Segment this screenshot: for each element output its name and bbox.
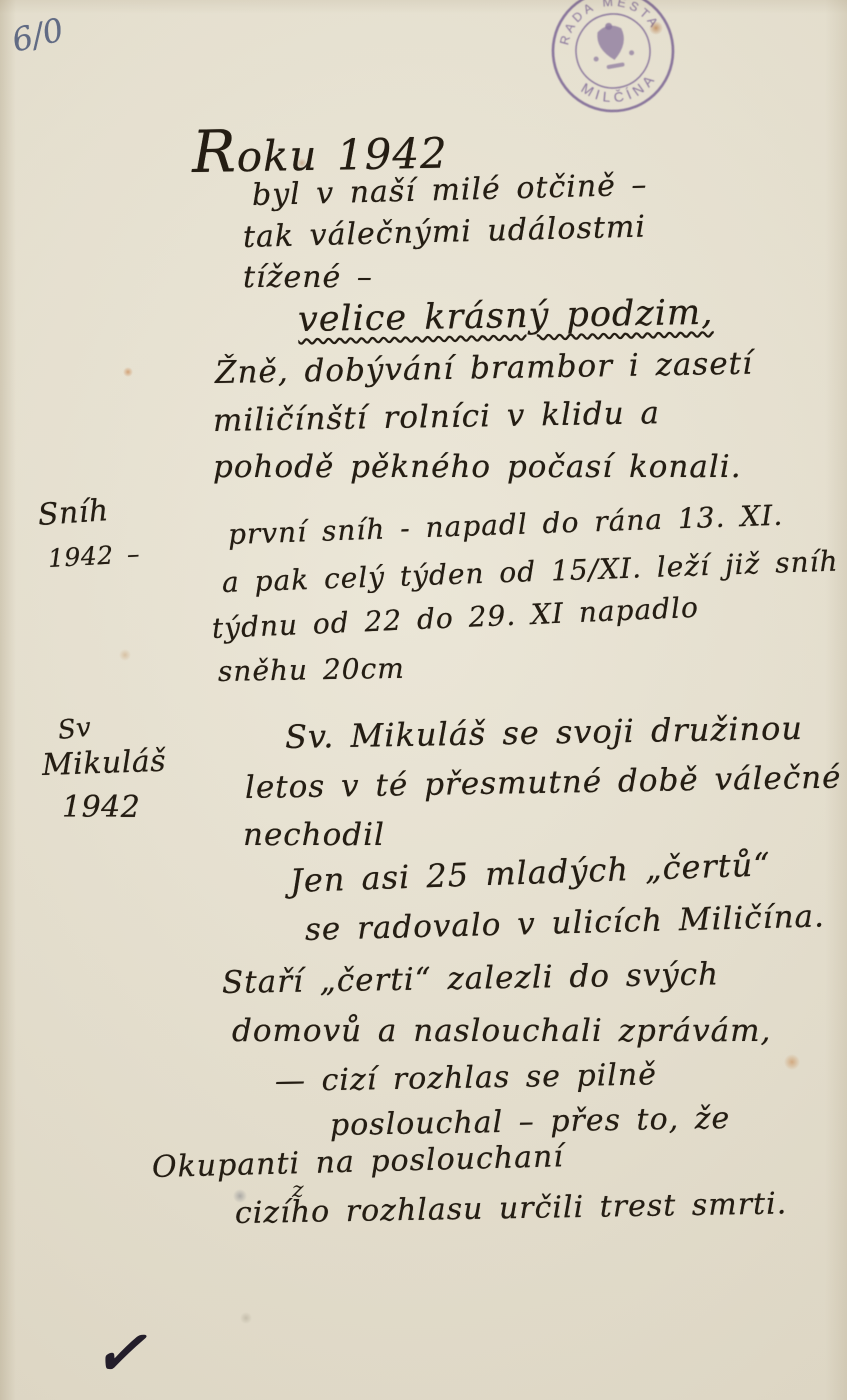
handwriting-line: a pak celý týden od 15/XI. leží již sníh — [221, 544, 839, 599]
stamp-arc-bottom-text: MILČÍNA — [576, 67, 663, 111]
chronicle-page: 6/0 RADA MĚSTA MILČÍNA Ro — [0, 0, 847, 1400]
handwriting-line: cizího rozhlasu určili trest smrti. — [235, 1186, 788, 1231]
margin-note-mikulas: Mikuláš — [41, 744, 166, 783]
handwriting-line: pohodě pěkného počasí konali. — [213, 449, 742, 485]
page-number: 6/0 — [8, 10, 67, 59]
margin-note-mikulas-year: 1942 — [62, 790, 140, 825]
margin-note-snih: Sníh — [37, 493, 110, 533]
handwriting-line: miličínští rolníci v klidu a — [213, 395, 661, 439]
handwriting-line: se radovalo v ulicích Miličína. — [305, 898, 826, 948]
stamp-coat-of-arms — [588, 19, 636, 71]
margin-note-snih-year: 1942 – — [47, 539, 140, 573]
handwriting-line: Žně, dobývání brambor i zasetí — [215, 346, 754, 391]
handwriting-line: — cizí rozhlas se pilně — [275, 1057, 658, 1099]
svg-text:MILČÍNA: MILČÍNA — [576, 67, 663, 111]
margin-note-mikulas-sv: Sv — [56, 713, 92, 746]
handwriting-line: týdnu od 22 do 29. XI napadlo — [211, 591, 699, 645]
handwriting-line: tížené – — [243, 260, 373, 295]
official-stamp: RADA MĚSTA MILČÍNA — [538, 0, 689, 126]
checkmark: ✓ — [88, 1314, 162, 1393]
handwriting-line: první sníh - napadl do rána 13. XI. — [227, 499, 783, 551]
handwriting-line: Jen asi 25 mladých „čertů“ — [289, 845, 771, 900]
stamp-graphic: RADA MĚSTA MILČÍNA — [538, 0, 689, 126]
handwriting-line: Okupanti na poslouchaní — [152, 1139, 565, 1185]
handwriting-line: tak válečnými událostmi — [243, 209, 647, 255]
handwriting-line: nechodil — [243, 817, 385, 853]
handwriting-line: Staří „čerti“ zalezli do svých — [222, 956, 720, 1001]
handwriting-line: Sv. Mikuláš se svoji družinou — [285, 709, 804, 756]
handwriting-line: poslouchal – přes to, že — [330, 1101, 731, 1143]
emphasized-phrase: velice krásný podzim, — [298, 293, 714, 340]
handwriting-line: domovů a naslouchali zprávám, — [232, 1013, 771, 1049]
handwriting-line: letos v té přesmutné době válečné — [245, 760, 842, 806]
handwriting-line: sněhu 20cm — [218, 652, 405, 688]
